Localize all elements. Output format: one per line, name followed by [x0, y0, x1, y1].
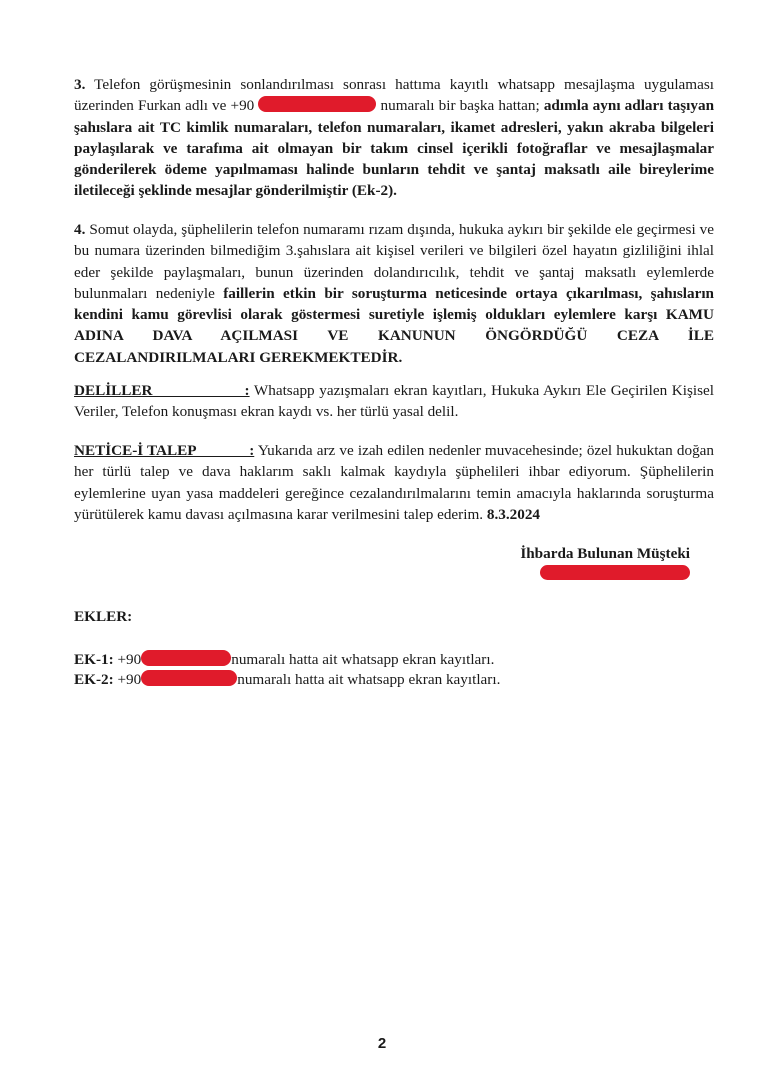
- redacted-name: [540, 565, 690, 580]
- document-page: 3. Telefon görüşmesinin sonlandırılması …: [0, 0, 764, 1080]
- deliller-label: DELİLLER :: [74, 382, 250, 399]
- deliller-section: DELİLLER : Whatsapp yazışmaları ekran ka…: [74, 380, 714, 423]
- paragraph-3: 3. Telefon görüşmesinin sonlandırılması …: [74, 74, 714, 202]
- ekler-title: EKLER:: [74, 608, 132, 626]
- date: 8.3.2024: [487, 506, 540, 523]
- redacted-phone: [258, 96, 376, 112]
- page-number: 2: [0, 1035, 764, 1052]
- paragraph-4: 4. Somut olayda, şüphelilerin telefon nu…: [74, 219, 714, 368]
- netice-label: NETİCE-İ TALEP :: [74, 442, 254, 459]
- ek-item: EK-1: +90numaralı hatta ait whatsapp ekr…: [74, 650, 494, 669]
- paragraph-number: 4.: [74, 221, 85, 238]
- redacted-phone: [141, 670, 237, 686]
- ek-item: EK-2: +90numaralı hatta ait whatsapp ekr…: [74, 670, 500, 689]
- paragraph-number: 3.: [74, 76, 85, 93]
- netice-section: NETİCE-İ TALEP : Yukarıda arz ve izah ed…: [74, 440, 714, 525]
- signature-block: İhbarda Bulunan Müşteki: [520, 545, 690, 580]
- redacted-phone: [141, 650, 231, 666]
- signature-title: İhbarda Bulunan Müşteki: [520, 545, 690, 563]
